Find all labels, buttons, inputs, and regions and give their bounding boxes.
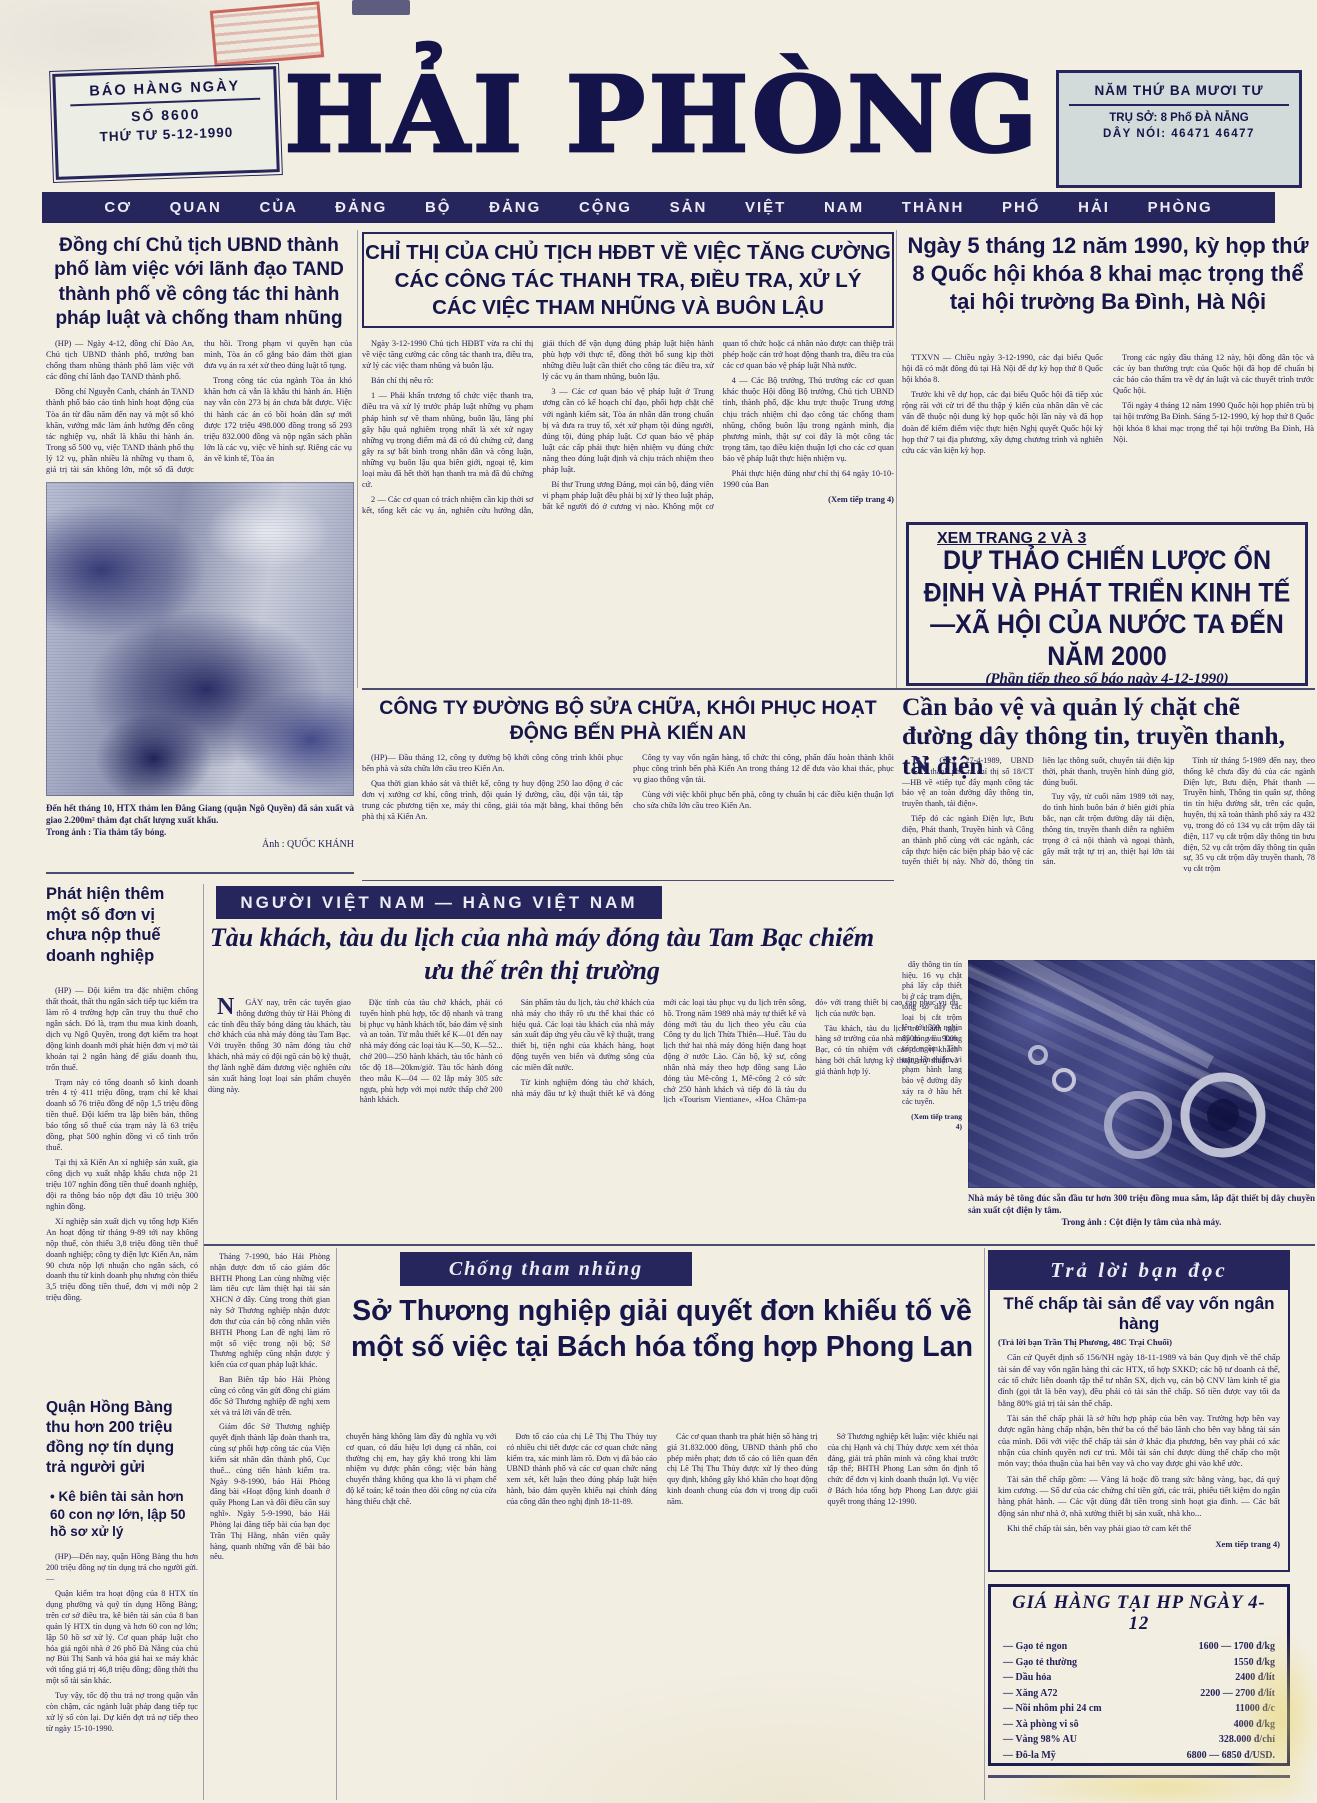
chithi-headline-line1: CHỈ THỊ CỦA CHỦ TỊCH HĐBT VỀ VIỆC TĂNG C… [364, 239, 892, 267]
phone-label: DÂY NÓI: 46471 46477 [1059, 128, 1299, 140]
viet-goods-banner: NGƯỜI VIỆT NAM — HÀNG VIỆT NAM [216, 886, 662, 919]
price-table-rows: — Gạo tẻ ngon1600 — 1700 đ/kg— Gạo tẻ th… [1003, 1639, 1275, 1763]
caption-text: Nhà máy bê tông đúc sẵn đầu tư hơn 300 t… [968, 1192, 1315, 1216]
paragraph: Đơn tố cáo của chị Lê Thị Thu Thủy tuy c… [507, 1432, 658, 1508]
price-value: 2200 — 2700 đ/lít [1200, 1686, 1275, 1702]
paragraph: Tuy vậy, tốc độ thu trả nợ trong quận vẫ… [46, 1691, 198, 1735]
price-row: — Dầu hỏa2400 đ/lít [1003, 1670, 1275, 1686]
price-value: 6800 — 6850 đ/USD. [1187, 1748, 1275, 1764]
issue-info-box: BÁO HÀNG NGÀY SỐ 8600 THỨ TƯ 5-12-1990 [52, 66, 280, 180]
paragraph: Tài sản thế chấp gồm: — Vàng lá hoặc đồ … [998, 1474, 1280, 1519]
phonglan-lead-column: Tháng 7-1990, báo Hải Phòng nhận được đơ… [210, 1252, 330, 1800]
price-table-box: GIÁ HÀNG TẠI HP NGÀY 4-12 — Gạo tẻ ngon1… [988, 1584, 1290, 1766]
address-label: TRỤ SỞ: 8 Phố ĐÀ NẴNG [1059, 112, 1299, 124]
reader-reply-banner: Trả lời bạn đọc [990, 1252, 1288, 1290]
duongday-body: NGÀY 27-4-1989, UBND thành phố ra chỉ th… [902, 756, 1315, 954]
paragraph: NGÀY nay, trên các tuyến giao thông đườn… [208, 998, 351, 1095]
masthead-banner-text: CƠ QUAN CỦA ĐẢNG BỘ ĐẢNG CỘNG SẢN VIỆT N… [104, 199, 1212, 216]
viet-goods-banner-text: NGƯỜI VIỆT NAM — HÀNG VIỆT NAM [240, 893, 637, 913]
paragraph: Ban Biên tập báo Hải Phòng cũng có công … [210, 1375, 330, 1418]
caption-note: Trong ảnh : Tỉa thảm tẩy bóng. [46, 826, 354, 838]
paragraph: Qua thời gian khảo sát và thiết kế, công… [362, 778, 623, 822]
anti-corruption-kicker-text: Chống tham nhũng [449, 1258, 643, 1281]
promo-note: (Phần tiếp theo số báo ngày 4-12-1990) [919, 671, 1295, 688]
newspaper-front-page: BÁO HÀNG NGÀY SỐ 8600 THỨ TƯ 5-12-1990 H… [0, 0, 1317, 1803]
price-item: — Vàng 98% AU [1003, 1732, 1077, 1748]
paragraph: Xí nghiệp sản xuất dịch vụ tổng hợp Kiến… [46, 1217, 198, 1305]
paragraph: Tính từ tháng 5-1989 đến nay, theo thống… [1183, 756, 1315, 875]
photo-credit: Ảnh : QUỐC KHÁNH [46, 838, 354, 852]
paragraph: 3 — Các cơ quan bảo vệ pháp luật ở Trung… [542, 386, 713, 475]
price-row: — Gạo tẻ ngon1600 — 1700 đ/kg [1003, 1639, 1275, 1655]
price-table-title: GIÁ HÀNG TẠI HP NGÀY 4-12 [1003, 1593, 1275, 1635]
kienan-body: (HP)— Đầu tháng 12, công ty đường bộ khở… [362, 752, 894, 876]
phonglan-body: chuyển hàng không làm đầy đủ nghĩa vụ vớ… [346, 1432, 978, 1796]
office-info-box: NĂM THỨ BA MƯƠI TƯ TRỤ SỞ: 8 Phố ĐÀ NẴNG… [1056, 70, 1302, 188]
price-item: — Dầu hỏa [1003, 1670, 1051, 1686]
hongbang-body: (HP)—Đến nay, quận Hồng Bàng thu hơn 200… [46, 1552, 198, 1800]
year-label: NĂM THỨ BA MƯƠI TƯ [1059, 83, 1299, 98]
quochoi-headline: Ngày 5 tháng 12 năm 1990, kỳ họp thứ 8 Q… [902, 232, 1314, 316]
carpet-photo-caption: Đến hết tháng 10, HTX thảm len Đằng Gian… [46, 802, 354, 852]
paragraph: (HP)— Đầu tháng 12, công ty đường bộ khở… [362, 752, 623, 774]
paragraph: Cùng với việc khôi phục bến phà, công ty… [633, 789, 894, 811]
paragraph: Trạm này có tổng doanh số kinh doanh trê… [46, 1078, 198, 1155]
paragraph: Khi thế chấp tài sản, bên vay phải giao … [998, 1523, 1280, 1534]
continued-note: Xem tiếp trang 4) [998, 1539, 1280, 1550]
paragraph: chuyển hàng không làm đầy đủ nghĩa vụ vớ… [346, 1432, 497, 1508]
daily-label: BÁO HÀNG NGÀY [56, 77, 274, 101]
tand-body: (HP) — Ngày 4-12, đồng chí Đào An, Chủ t… [46, 338, 352, 478]
price-item: — Gạo tẻ ngon [1003, 1639, 1067, 1655]
paragraph: Tối ngày 4 tháng 12 năm 1990 Quốc hội họ… [1113, 400, 1314, 444]
strategy-draft-promo-box: XEM TRANG 2 VÀ 3 DỰ THẢO CHIẾN LƯỢC ỔN Đ… [906, 522, 1308, 686]
reply-addressee: (Trả lời bạn Trần Thị Phương, 48C Trại C… [998, 1337, 1280, 1348]
price-item: — Xăng A72 [1003, 1686, 1057, 1702]
poles-photo-caption: Nhà máy bê tông đúc sẵn đầu tư hơn 300 t… [968, 1192, 1315, 1228]
tand-headline: Đồng chí Chủ tịch UBND thành phố làm việ… [46, 234, 352, 331]
phonglan-headline: Sở Thương nghiệp giải quyết đơn khiếu tố… [346, 1294, 978, 1365]
paragraph: Tài sản thế chấp phải là sở hữu hợp pháp… [998, 1413, 1280, 1470]
issue-number: SỐ 8600 [57, 103, 275, 127]
paragraph: (HP) — Đội kiểm tra đặc nhiệm chống thất… [46, 986, 198, 1074]
chithi-headline-line3: CÁC VIỆC THAM NHŨNG VÀ BUÔN LẬU [364, 294, 892, 322]
paragraph: Tàu khách, tàu du lịch trở thành mặt hàn… [815, 1024, 958, 1078]
paragraph: Trước khi về dự họp, các đại biểu Quốc h… [902, 389, 1103, 456]
paragraph: Tháng 7-1990, báo Hải Phòng nhận được đơ… [210, 1252, 330, 1371]
paragraph: Căn cứ Quyết định số 156/NH ngày 18-11-1… [998, 1352, 1280, 1409]
reader-reply-banner-text: Trả lời bạn đọc [1050, 1258, 1227, 1283]
kienan-headline: CÔNG TY ĐƯỜNG BỘ SỬA CHỮA, KHÔI PHỤC HOẠ… [362, 696, 894, 747]
quochoi-body: TTXVN — Chiều ngày 3-12-1990, các đại bi… [902, 352, 1314, 516]
continued-note: (Xem tiếp trang 4) [723, 494, 894, 505]
newspaper-title: HẢI PHÒNG [255, 54, 1070, 179]
thue-body: (HP) — Đội kiểm tra đặc nhiệm chống thất… [46, 986, 198, 1388]
poles-photo-illustration [968, 960, 1315, 1188]
paragraph: Tại thị xã Kiến An xí nghiệp sản xuất, g… [46, 1158, 198, 1213]
thechap-body: (Trả lời bạn Trần Thị Phương, 48C Trại C… [990, 1334, 1288, 1570]
price-row: — Nồi nhôm phi 24 cm11000 đ/c [1003, 1701, 1275, 1717]
paragraph: Bản chỉ thị nêu rõ: [362, 375, 533, 386]
carpet-weaving-photo [46, 482, 354, 796]
caption-text: Đến hết tháng 10, HTX thảm len Đằng Gian… [46, 802, 354, 826]
caption-note: Trong ảnh : Cột điện ly tâm của nhà máy. [968, 1216, 1315, 1228]
paragraph: Giám đốc Sở Thương nghiệp quyết định thà… [210, 1422, 330, 1563]
paragraph: (HP)—Đến nay, quận Hồng Bàng thu hơn 200… [46, 1552, 198, 1585]
paragraph: Phải thực hiện đúng như chỉ thị 64 ngày … [723, 468, 894, 490]
price-value: 4000 đ/kg [1234, 1717, 1275, 1733]
issue-date: THỨ TƯ 5-12-1990 [57, 123, 275, 146]
ink-mark [352, 0, 410, 15]
thue-headline: Phát hiện thêm một số đơn vị chưa nộp th… [46, 884, 198, 967]
paragraph: Sản phẩm tàu du lịch, tàu chở khách của … [512, 998, 655, 1074]
paragraph: Đặc tính của tàu chở khách, phải có tuyế… [360, 998, 503, 1106]
price-row: — Đô-la Mỹ6800 — 6850 đ/USD. [1003, 1748, 1275, 1764]
price-value: 328.000 đ/chỉ [1219, 1732, 1275, 1748]
paper-stain [1000, 1765, 1317, 1803]
paragraph: (HP) — Ngày 4-12, đồng chí Đào An, Chủ t… [46, 338, 194, 382]
paragraph: Trong công tác của ngành Tòa án khó khăn… [204, 375, 352, 464]
price-value: 2400 đ/lít [1235, 1670, 1275, 1686]
price-value: 11000 đ/c [1235, 1701, 1275, 1717]
hongbang-headline: Quận Hồng Bàng thu hơn 200 triệu đồng nợ… [46, 1398, 198, 1479]
price-value: 1550 đ/kg [1234, 1655, 1275, 1671]
paragraph: 1 — Phải khẩn trương tổ chức việc thanh … [362, 390, 533, 490]
chithi-body: Ngày 3-12-1990 Chủ tịch HĐBT vừa ra chỉ … [362, 338, 894, 686]
paragraph: Sở Thương nghiệp kết luận: việc khiếu nạ… [828, 1432, 979, 1508]
tambac-headline: Tàu khách, tàu du lịch của nhà máy đóng … [208, 922, 876, 987]
price-row: — Xà phòng vi sô4000 đ/kg [1003, 1717, 1275, 1733]
price-item: — Gạo tẻ thường [1003, 1655, 1077, 1671]
price-item: — Đô-la Mỹ [1003, 1748, 1056, 1764]
thechap-headline: Thế chấp tài sản để vay vốn ngân hàng [990, 1294, 1288, 1334]
paragraph: Các cơ quan thanh tra phát hiện số hàng … [667, 1432, 818, 1508]
masthead-banner: CƠ QUAN CỦA ĐẢNG BỘ ĐẢNG CỘNG SẢN VIỆT N… [42, 192, 1275, 223]
tambac-body: NGÀY nay, trên các tuyến giao thông đườn… [208, 998, 958, 1240]
chithi-headline-line2: CÁC CÔNG TÁC THANH TRA, ĐIỀU TRA, XỬ LÝ [364, 267, 892, 295]
concrete-poles-photo [968, 960, 1315, 1188]
paragraph: Trong các ngày đầu tháng 12 này, hội đồn… [1113, 352, 1314, 396]
price-row: — Xăng A722200 — 2700 đ/lít [1003, 1686, 1275, 1702]
paragraph: 4 — Các Bộ trưởng, Thủ trưởng các cơ qua… [723, 375, 894, 464]
price-value: 1600 — 1700 đ/kg [1199, 1639, 1275, 1655]
reader-reply-box: Trả lời bạn đọc Thế chấp tài sản để vay … [988, 1250, 1290, 1572]
anti-corruption-kicker: Chống tham nhũng [400, 1252, 692, 1286]
paragraph: Ngày 3-12-1990 Chủ tịch HĐBT vừa ra chỉ … [362, 338, 533, 371]
paragraph: Quận kiểm tra hoạt động của 8 HTX tín dụ… [46, 1589, 198, 1687]
hongbang-bullet: • Kê biên tài sản hơn 60 con nợ lớn, lập… [50, 1488, 198, 1541]
paragraph: NGÀY 27-4-1989, UBND thành phố ra chỉ th… [902, 756, 1034, 810]
price-item: — Xà phòng vi sô [1003, 1717, 1079, 1733]
paragraph: Công ty vay vốn ngân hàng, tổ chức thi c… [633, 752, 894, 785]
chithi-headline-box: CHỈ THỊ CỦA CHỦ TỊCH HĐBT VỀ VIỆC TĂNG C… [362, 232, 894, 328]
price-row: — Gạo tẻ thường1550 đ/kg [1003, 1655, 1275, 1671]
price-row: — Vàng 98% AU328.000 đ/chỉ [1003, 1732, 1275, 1748]
promo-title: DỰ THẢO CHIẾN LƯỢC ỔN ĐỊNH VÀ PHÁT TRIỂN… [919, 545, 1295, 672]
paragraph: Tuy vậy, từ cuối năm 1989 tới nay, do tì… [1043, 792, 1175, 868]
paragraph: TTXVN — Chiều ngày 3-12-1990, các đại bi… [902, 352, 1103, 385]
price-item: — Nồi nhôm phi 24 cm [1003, 1701, 1102, 1717]
